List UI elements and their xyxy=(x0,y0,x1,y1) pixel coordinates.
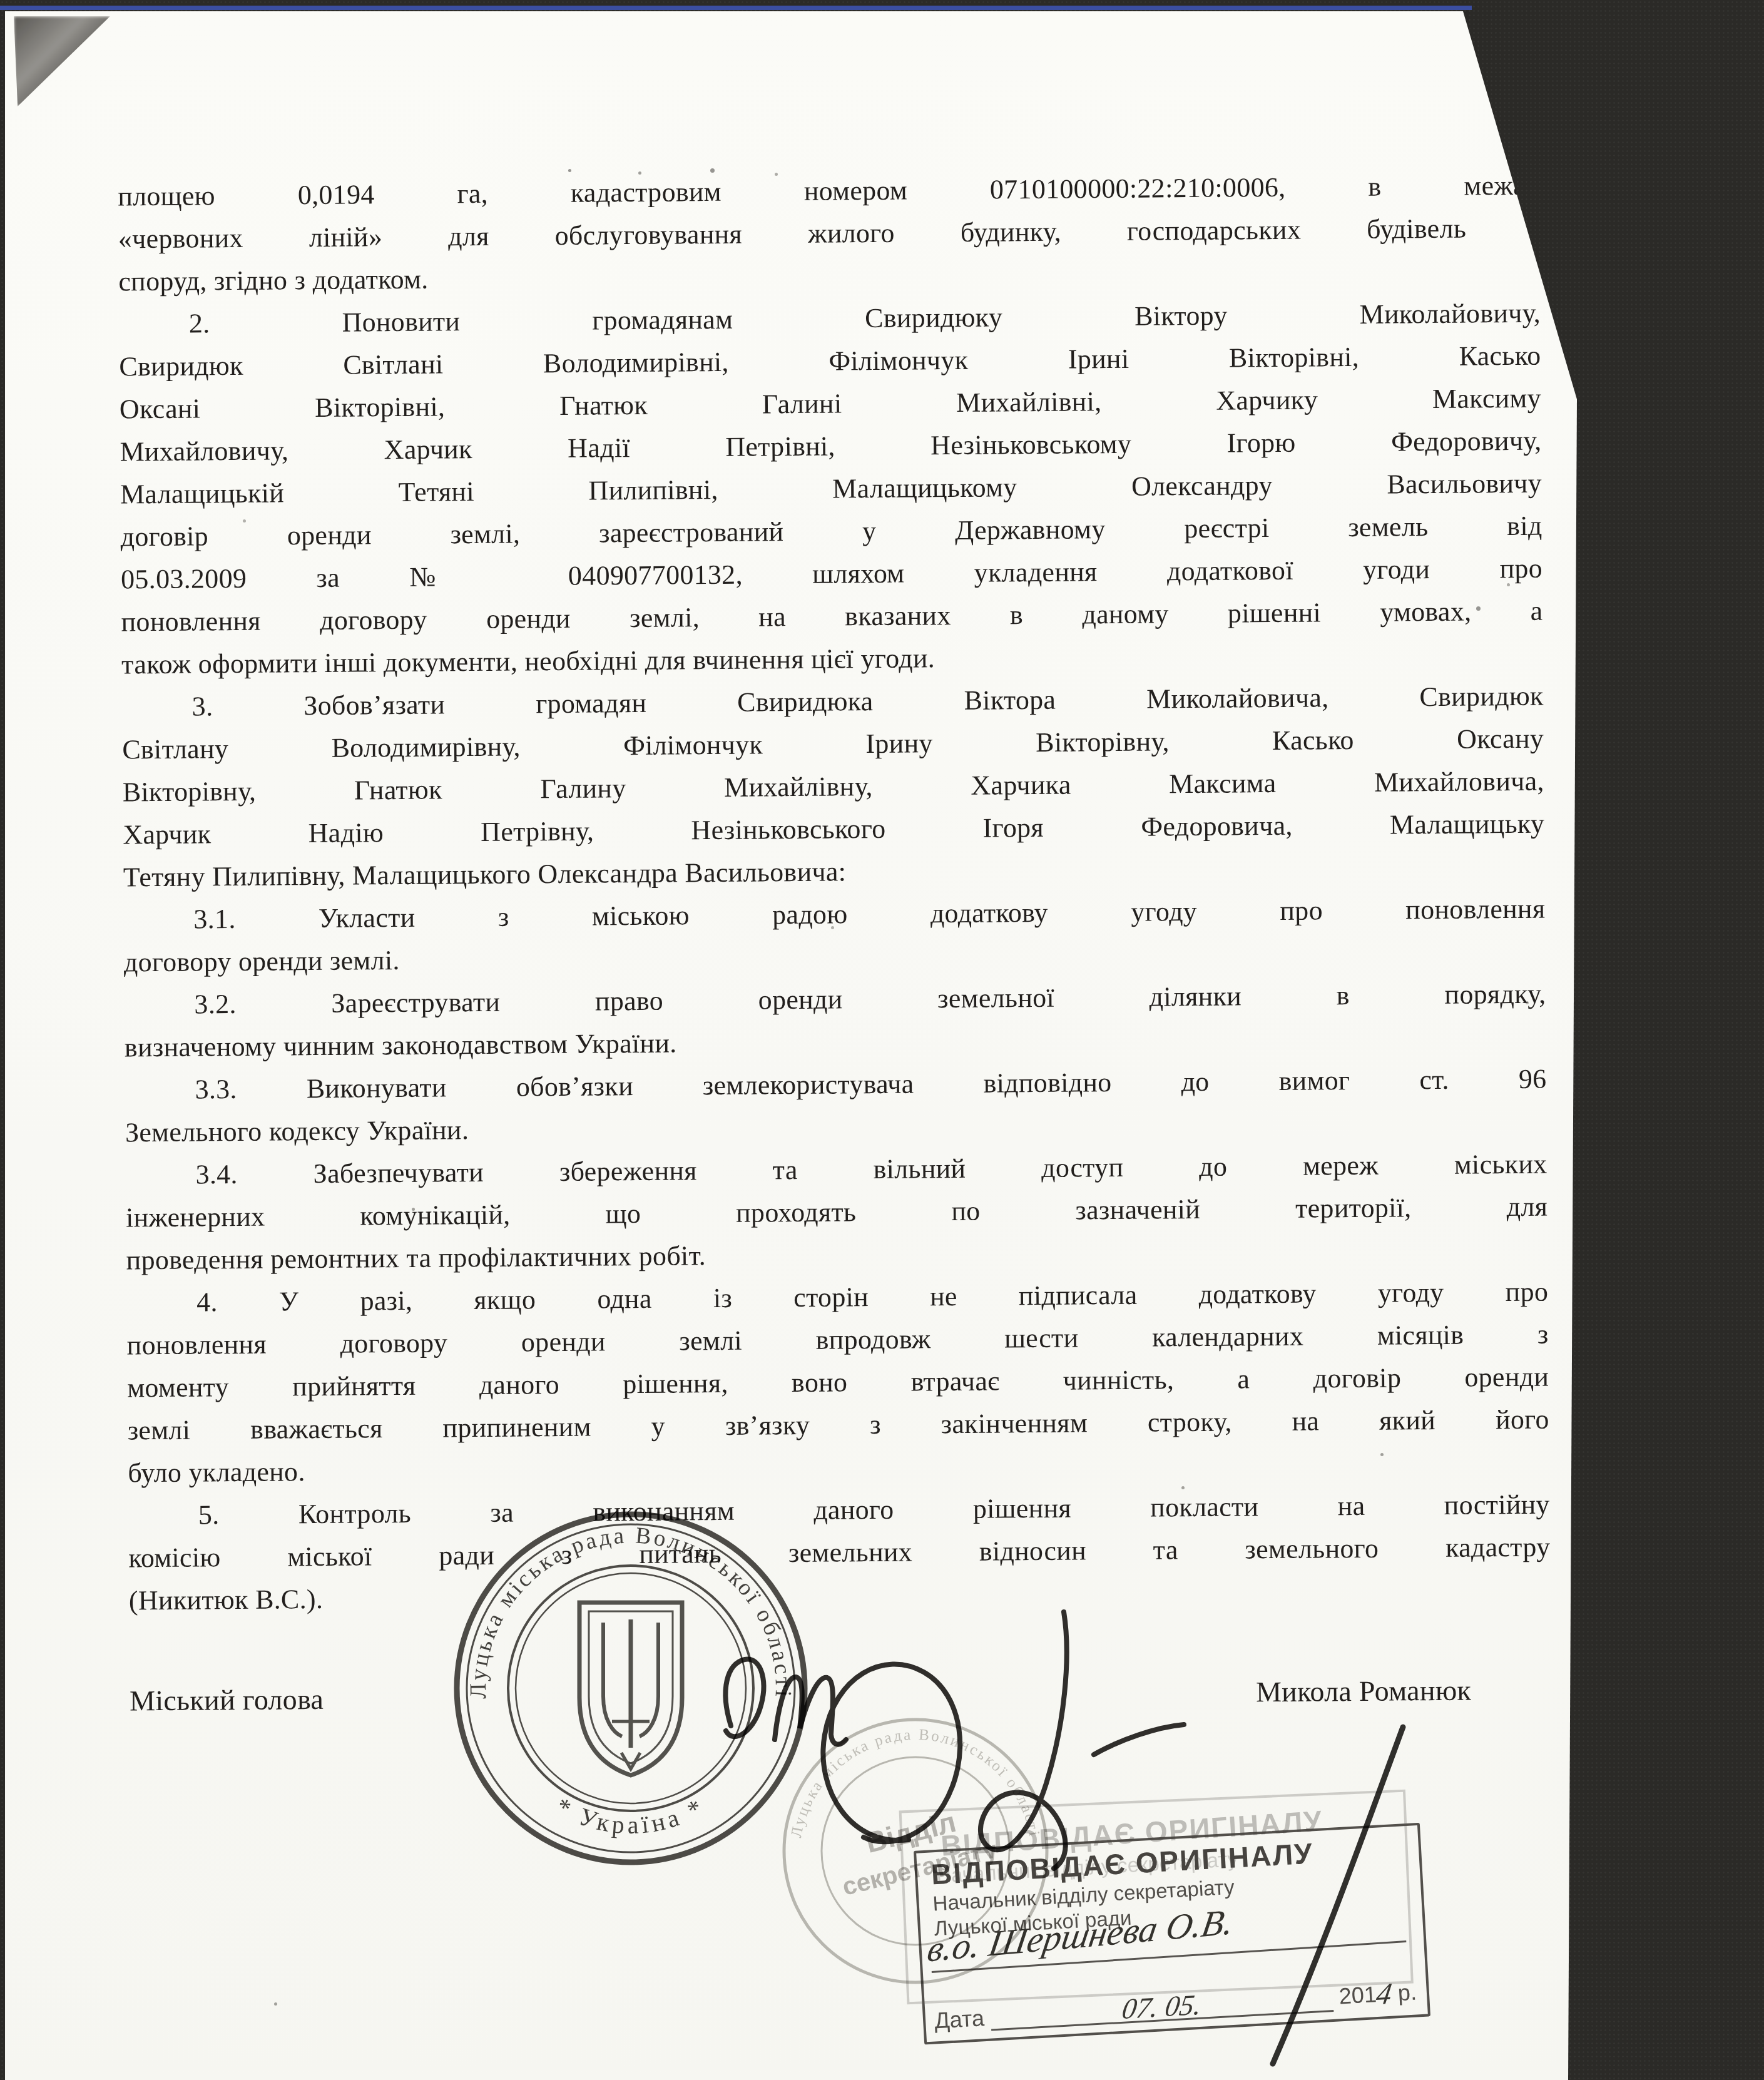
scanned-page: площею 0,0194 га, кадастровим номером 07… xyxy=(5,11,1577,2080)
scanner-edge-line xyxy=(0,6,1472,10)
signature-ink xyxy=(5,11,1577,2080)
scanned-document: { "scan": { "background_color": "#2b2a27… xyxy=(0,0,1764,2080)
